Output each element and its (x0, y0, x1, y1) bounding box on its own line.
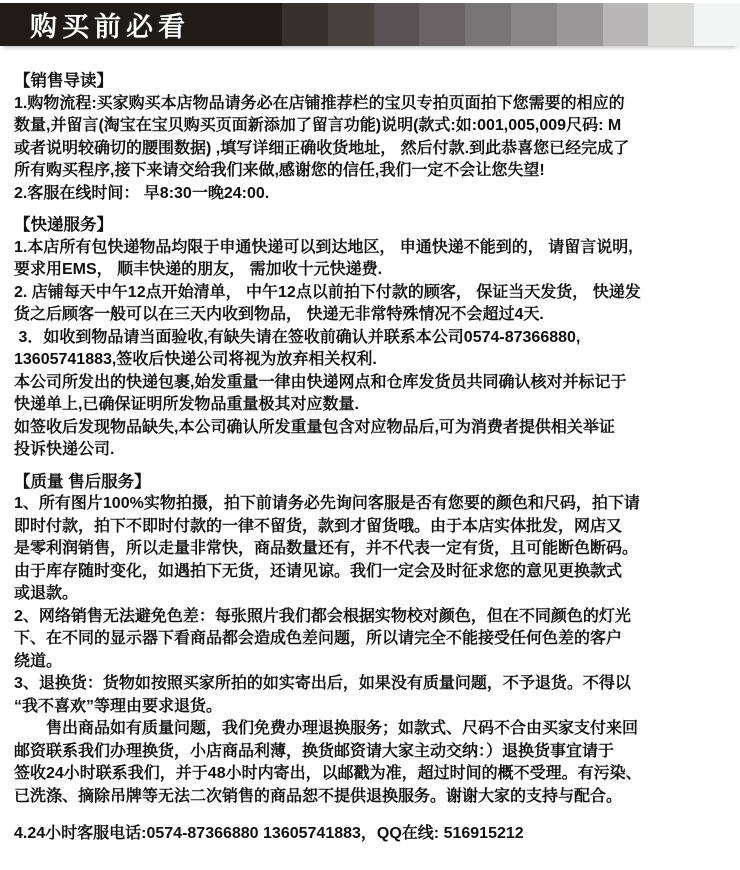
gradient-block (374, 3, 420, 46)
notice-page: 购买前必看 【销售导读】 1.购物流程:买家购买本店物品请务必在店铺推荐栏的宝贝… (0, 0, 740, 870)
paragraph-dispatch-time: 2. 店铺每天中午12点开始清单， 中午12点以前拍下付款的顾客， 保证当天发货… (14, 282, 726, 327)
paragraph-returns-policy: 3、退换货：货物如按照买家所拍的如实寄出后，如果没有质量问题，不予退货。不得以 … (14, 673, 726, 808)
paragraph-inspection: 3．如收到物品请当面验收,有缺失请在签收前确认并联系本公司0574-873668… (14, 327, 726, 372)
section-heading-shipping: 【快递服务】 (14, 214, 726, 237)
paragraph-stock-notice: 1、所有图片100%实物拍摄，拍下前请务必先询问客服是否有您要的颜色和尺码，拍下… (14, 493, 726, 606)
page-title: 购买前必看 (30, 5, 190, 44)
gradient-block (511, 3, 557, 46)
gradient-block (465, 3, 511, 46)
gradient-block (648, 3, 694, 46)
section-heading-sales-guide: 【销售导读】 (14, 70, 726, 93)
title-block: 购买前必看 (0, 3, 282, 46)
section-quality-aftersales: 【质量 售后服务】 1、所有图片100%实物拍摄，拍下前请务必先询问客服是否有您… (14, 471, 726, 809)
gradient-block (603, 3, 649, 46)
section-sales-guide: 【销售导读】 1.购物流程:买家购买本店物品请务必在店铺推荐栏的宝贝专拍页面拍下… (14, 70, 726, 205)
gradient-block (557, 3, 603, 46)
gradient-block (419, 3, 465, 46)
paragraph-courier-coverage: 1.本店所有包快递物品均限于申通快递可以到达地区， 申通快递不能到的， 请留言说… (14, 237, 726, 282)
gradient-block (328, 3, 374, 46)
section-shipping-service: 【快递服务】 1.本店所有包快递物品均限于申通快递可以到达地区， 申通快递不能到… (14, 214, 726, 462)
notice-content: 【销售导读】 1.购物流程:买家购买本店物品请务必在店铺推荐栏的宝贝专拍页面拍下… (0, 46, 740, 846)
section-heading-quality: 【质量 售后服务】 (14, 471, 726, 494)
gradient-block (282, 3, 328, 46)
paragraph-weight-check: 本公司所发出的快递包裹,始发重量一律由快递网点和仓库发货员共同确认核对并标记于 … (14, 372, 726, 417)
contact-line: 4.24小时客服电话:0574-87366880 13605741883，QQ在… (14, 823, 726, 846)
paragraph-missing-items: 如签收后发现物品缺失,本公司确认所发重量包含对应物品后,可为消费者提供相关举证 … (14, 417, 726, 462)
header-gradient (282, 3, 740, 46)
header-banner: 购买前必看 (0, 3, 740, 46)
gradient-block (694, 3, 740, 46)
paragraph-service-hours: 2.客服在线时间： 早8:30一晚24:00. (14, 183, 726, 206)
paragraph-color-difference: 2、网络销售无法避免色差：每张照片我们都会根据实物校对颜色，但在不同颜色的灯光 … (14, 606, 726, 674)
paragraph-shopping-process: 1.购物流程:买家购买本店物品请务必在店铺推荐栏的宝贝专拍页面拍下您需要的相应的… (14, 93, 726, 183)
